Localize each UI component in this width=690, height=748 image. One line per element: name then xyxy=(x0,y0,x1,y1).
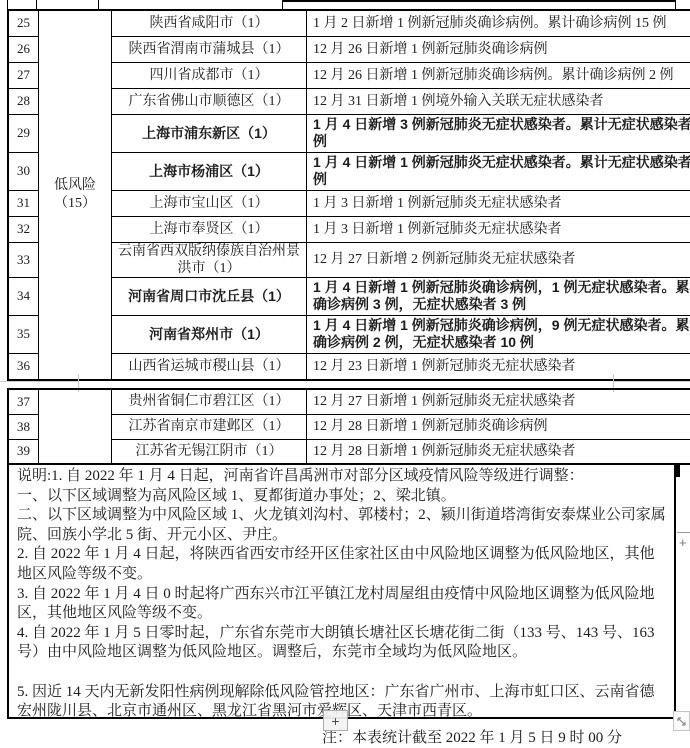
case-detail-cell: 12 月 27 日新增 2 例新冠肺炎无症状感染者 xyxy=(307,242,690,277)
case-detail-cell: 12 月 28 日新增 1 例新冠肺炎确诊病例 xyxy=(307,414,690,439)
row-number-cell: 35 xyxy=(8,315,39,353)
risk-level-cell-empty xyxy=(39,389,112,464)
case-detail-cell: 12 月 31 日新增 1 例境外输入关联无症状感染者 xyxy=(307,88,690,114)
row-number-cell: 26 xyxy=(8,36,39,62)
notes-cell: 说明:1. 自 2022 年 1 月 4 日起，河南省许昌禹洲市对部分区域疫情风… xyxy=(7,463,676,719)
row-number-cell: 33 xyxy=(8,242,39,277)
region-cell: 广东省佛山市顺德区（1） xyxy=(112,88,307,114)
row-number-cell: 27 xyxy=(8,62,39,88)
region-cell: 河南省郑州市（1） xyxy=(112,315,307,353)
region-cell: 上海市奉贤区（1） xyxy=(112,216,307,242)
region-cell: 贵州省铜仁市碧江区（1） xyxy=(112,389,307,414)
row-number-cell: 39 xyxy=(8,439,39,464)
table-row: 25低风险（15）陕西省咸阳市（1）1 月 2 日新增 1 例新冠肺炎确诊病例。… xyxy=(8,10,690,36)
margin-tick-line xyxy=(677,532,690,533)
insert-table-row-button[interactable]: + xyxy=(323,710,348,731)
table-border-stub xyxy=(36,0,37,9)
text-boundary-line xyxy=(0,381,78,382)
region-cell: 四川省成都市（1） xyxy=(112,62,307,88)
row-number-cell: 29 xyxy=(8,114,39,152)
diagonal-resize-icon xyxy=(676,716,687,727)
region-cell: 上海市浦东新区（1） xyxy=(112,114,307,152)
case-detail-cell: 1 月 4 日新增 1 例新冠肺炎无症状感染者。累计无症状感染者 2 例 xyxy=(307,152,690,190)
document-page: 25低风险（15）陕西省咸阳市（1）1 月 2 日新增 1 例新冠肺炎确诊病例。… xyxy=(0,0,690,748)
risk-area-table-segment-1: 25低风险（15）陕西省咸阳市（1）1 月 2 日新增 1 例新冠肺炎确诊病例。… xyxy=(7,9,690,381)
row-number-cell: 36 xyxy=(8,353,39,380)
case-detail-cell: 1 月 3 日新增 1 例新冠肺炎无症状感染者 xyxy=(307,190,690,216)
risk-level-label: 低风险 xyxy=(44,177,106,195)
note-paragraph: 说明:1. 自 2022 年 1 月 4 日起，河南省许昌禹洲市对部分区域疫情风… xyxy=(17,467,666,487)
risk-level-cell: 低风险（15） xyxy=(39,10,112,380)
note-blank-line xyxy=(17,663,666,683)
case-detail-cell: 1 月 4 日新增 1 例新冠肺炎确诊病例，1 例无症状感染者。累计确诊病例 3… xyxy=(307,277,690,315)
region-cell: 上海市宝山区（1） xyxy=(112,190,307,216)
region-cell: 山西省运城市稷山县（1） xyxy=(112,353,307,380)
case-detail-cell: 12 月 26 日新增 1 例新冠肺炎确诊病例 xyxy=(307,36,690,62)
margin-plus-mark[interactable]: + xyxy=(679,535,687,550)
case-detail-cell: 1 月 4 日新增 3 例新冠肺炎无症状感染者。累计无症状感染者 4 例 xyxy=(307,114,690,152)
region-cell: 陕西省咸阳市（1） xyxy=(112,10,307,36)
table-border-stub xyxy=(675,0,676,9)
risk-level-label: （15） xyxy=(44,195,106,213)
table-resize-handle[interactable] xyxy=(673,711,690,731)
row-number-cell: 37 xyxy=(8,389,39,414)
row-number-cell: 32 xyxy=(8,216,39,242)
case-detail-cell: 12 月 23 日新增 1 例新冠肺炎无症状感染者 xyxy=(307,353,690,380)
note-paragraph: 4. 自 2022 年 1 月 5 日零时起，广东省东莞市大朗镇长塘社区长塘花街… xyxy=(17,624,666,663)
row-number-cell: 25 xyxy=(8,10,39,36)
region-cell: 江苏省南京市建邺区（1） xyxy=(112,414,307,439)
table-border-stub xyxy=(98,0,99,9)
case-detail-cell: 1 月 3 日新增 1 例新冠肺炎无症状感染者 xyxy=(307,216,690,242)
note-paragraph: 二、以下区域调整为中风险区域 1、火龙镇刘沟村、郭楼村；2、颍川街道塔湾街安泰煤… xyxy=(17,506,666,545)
case-detail-cell: 1 月 4 日新增 1 例新冠肺炎确诊病例，9 例无症状感染者。累计确诊病例 2… xyxy=(307,315,690,353)
case-detail-cell: 12 月 28 日新增 1 例新冠肺炎无症状感染者 xyxy=(307,439,690,464)
region-cell: 上海市杨浦区（1） xyxy=(112,152,307,190)
text-boundary-line xyxy=(613,381,690,382)
row-number-cell: 34 xyxy=(8,277,39,315)
region-cell: 河南省周口市沈丘县（1） xyxy=(112,277,307,315)
note-paragraph: 2. 自 2022 年 1 月 4 日起，将陕西省西安市经开区佳家社区由中风险地… xyxy=(17,545,666,584)
cell-end-marker xyxy=(675,464,680,477)
row-number-cell: 38 xyxy=(8,414,39,439)
region-cell: 江苏省无锡江阴市（1） xyxy=(112,439,307,464)
table-border-fragment xyxy=(282,0,676,2)
footer-timestamp: 注：本表统计截至 2022 年 1 月 5 日 9 时 00 分 xyxy=(322,726,622,747)
region-cell: 云南省西双版纳傣族自治州景洪市（1） xyxy=(112,242,307,277)
table-row: 37贵州省铜仁市碧江区（1）12 月 27 日新增 1 例新冠肺炎无症状感染者 xyxy=(8,389,690,414)
region-cell: 陕西省渭南市蒲城县（1） xyxy=(112,36,307,62)
case-detail-cell: 1 月 2 日新增 1 例新冠肺炎确诊病例。累计确诊病例 15 例 xyxy=(307,10,690,36)
case-detail-cell: 12 月 26 日新增 1 例新冠肺炎确诊病例。累计确诊病例 2 例 xyxy=(307,62,690,88)
note-paragraph: 3. 自 2022 年 1 月 4 日 0 时起将广西东兴市江平镇江龙村周屋组由… xyxy=(17,585,666,624)
note-paragraph: 一、以下区域调整为高风险区域 1、夏都街道办事处；2、梁北镇。 xyxy=(17,487,666,507)
table-border-stub xyxy=(7,0,8,9)
row-number-cell: 30 xyxy=(8,152,39,190)
table-border-stub xyxy=(282,0,283,9)
row-number-cell: 28 xyxy=(8,88,39,114)
case-detail-cell: 12 月 27 日新增 1 例新冠肺炎无症状感染者 xyxy=(307,389,690,414)
row-number-cell: 31 xyxy=(8,190,39,216)
risk-area-table-segment-2: 37贵州省铜仁市碧江区（1）12 月 27 日新增 1 例新冠肺炎无症状感染者3… xyxy=(7,388,690,465)
